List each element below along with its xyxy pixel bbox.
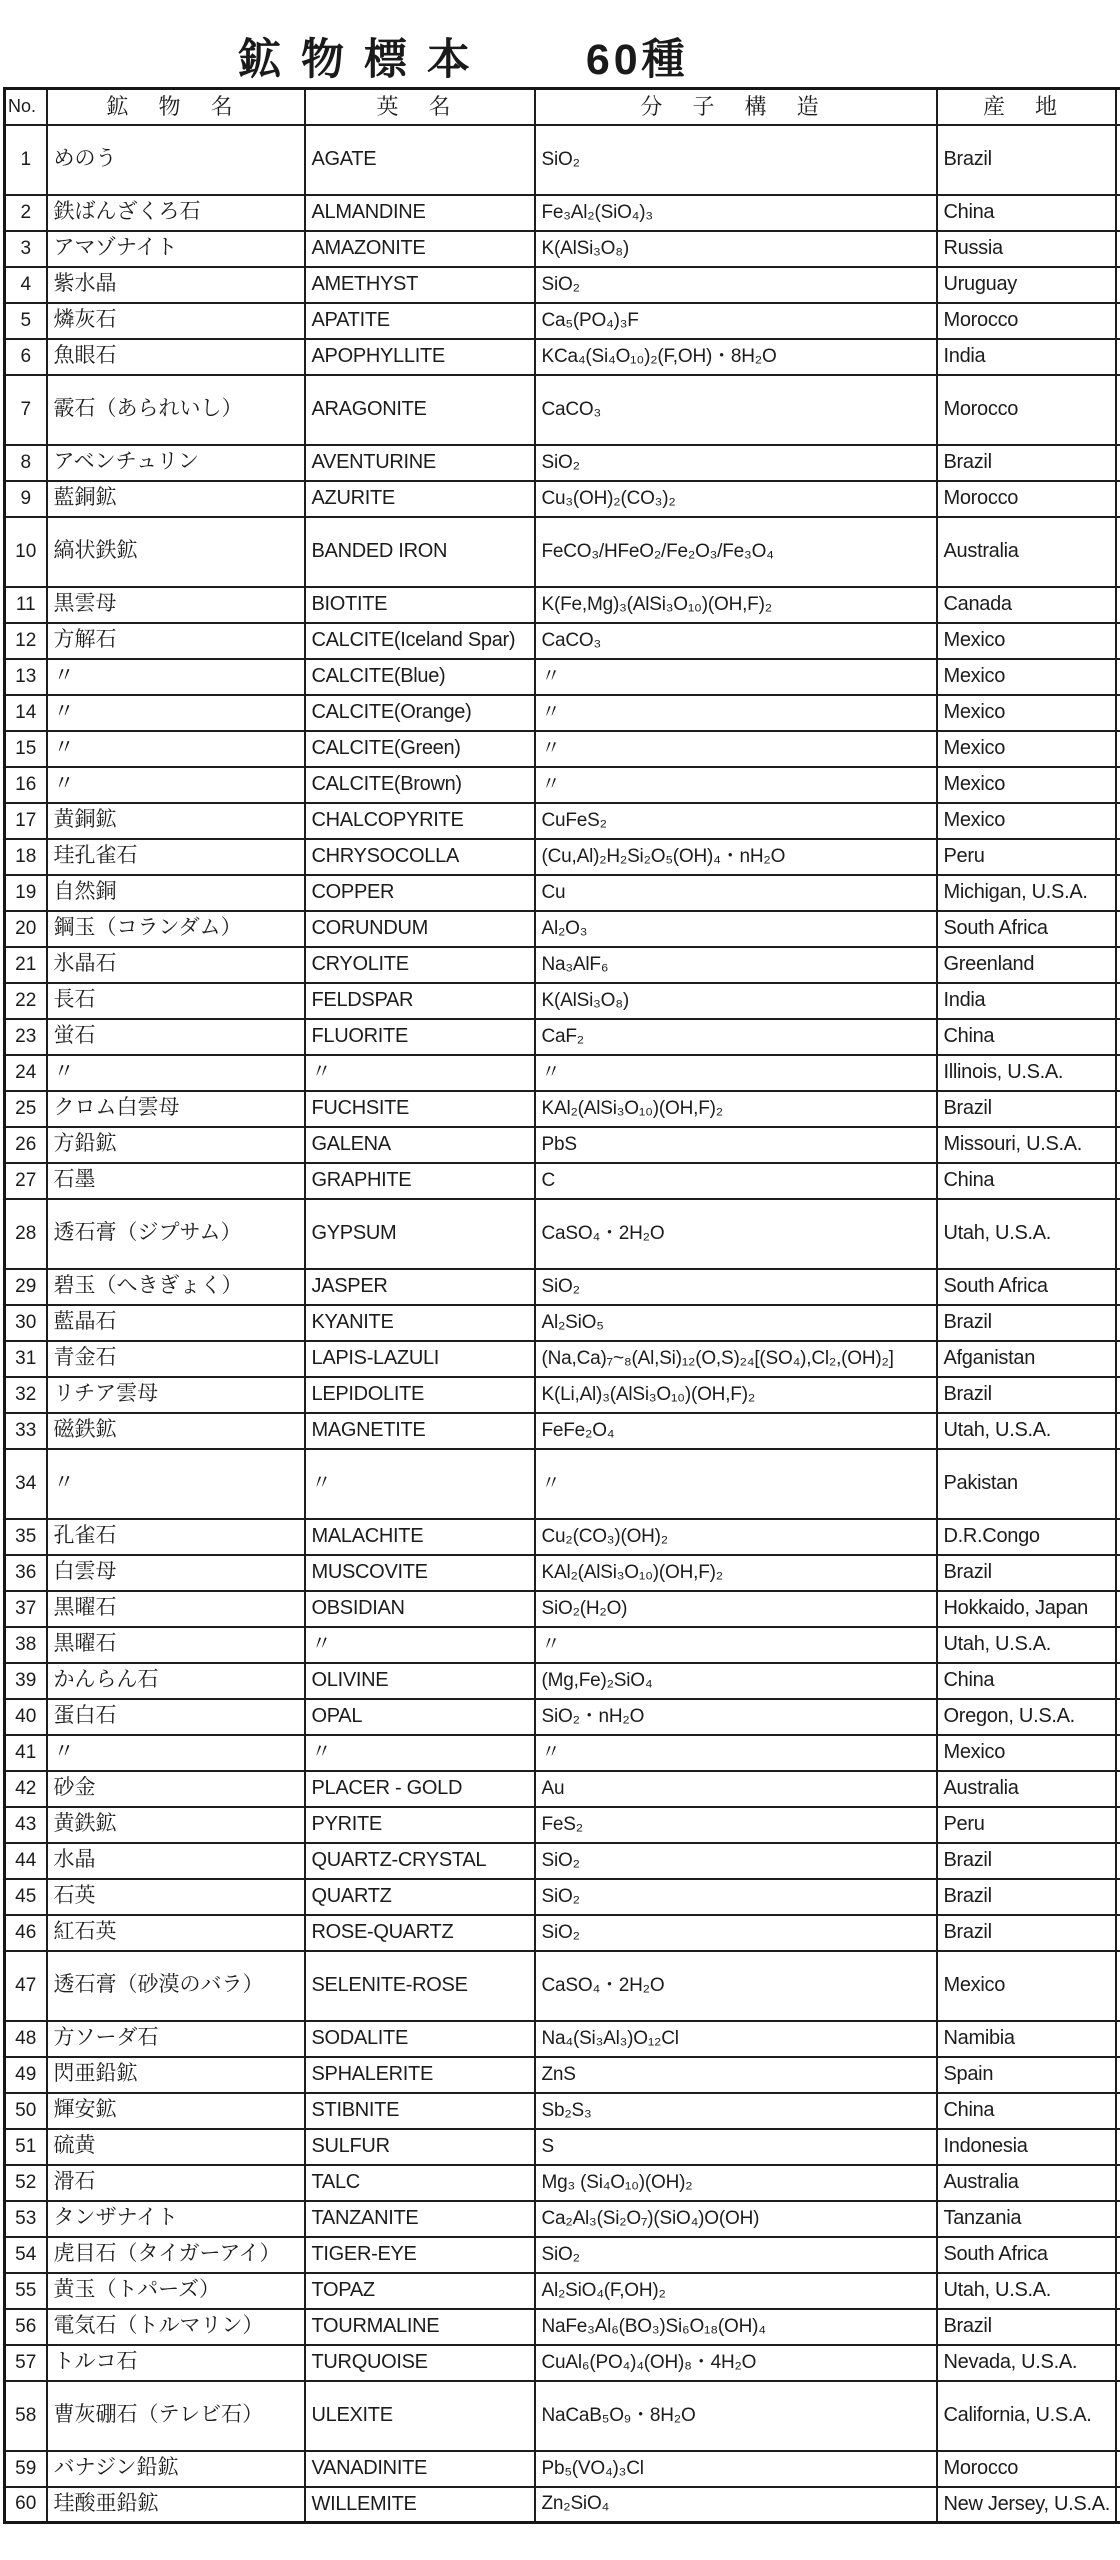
row-number: 35	[5, 1519, 47, 1555]
row-number: 2	[5, 195, 47, 231]
row-number: 33	[5, 1413, 47, 1449]
mineral-name-en: AMAZONITE	[305, 231, 535, 267]
mineral-locality: Brazil	[937, 1555, 1116, 1591]
mineral-name-en: QUARTZ	[305, 1879, 535, 1915]
clipped-column-cell	[1116, 1843, 1120, 1879]
mineral-name-jp: 水晶	[47, 1843, 305, 1879]
row-number: 13	[5, 659, 47, 695]
mineral-name-en: ROSE-QUARTZ	[305, 1915, 535, 1951]
mineral-formula: Na₃AlF₆	[535, 947, 937, 983]
row-number: 23	[5, 1019, 47, 1055]
table-row: 27 石墨 GRAPHITE C China	[5, 1163, 1120, 1199]
table-row: 60 珪酸亜鉛鉱 WILLEMITE Zn₂SiO₄ New Jersey, U…	[5, 2487, 1120, 2523]
mineral-formula: KAl₂(AlSi₃O₁₀)(OH,F)₂	[535, 1091, 937, 1127]
row-number: 21	[5, 947, 47, 983]
mineral-formula: CuFeS₂	[535, 803, 937, 839]
mineral-locality: South Africa	[937, 2237, 1116, 2273]
mineral-locality: South Africa	[937, 911, 1116, 947]
mineral-locality: China	[937, 1663, 1116, 1699]
mineral-formula: Pb₅(VO₄)₃Cl	[535, 2451, 937, 2487]
mineral-name-en: STIBNITE	[305, 2093, 535, 2129]
mineral-name-en: 〃	[305, 1449, 535, 1519]
clipped-column-cell	[1116, 2201, 1120, 2237]
mineral-name-en: PLACER - GOLD	[305, 1771, 535, 1807]
table-row: 42 砂金 PLACER - GOLD Au Australia	[5, 1771, 1120, 1807]
mineral-name-en: COPPER	[305, 875, 535, 911]
row-number: 36	[5, 1555, 47, 1591]
mineral-name-jp: 青金石	[47, 1341, 305, 1377]
mineral-formula: CaCO₃	[535, 375, 937, 445]
table-row: 35 孔雀石 MALACHITE Cu₂(CO₃)(OH)₂ D.R.Congo	[5, 1519, 1120, 1555]
mineral-name-en: MALACHITE	[305, 1519, 535, 1555]
mineral-name-jp: 閃亜鉛鉱	[47, 2057, 305, 2093]
clipped-column-cell	[1116, 2165, 1120, 2201]
mineral-name-jp: アマゾナイト	[47, 231, 305, 267]
mineral-name-en: TALC	[305, 2165, 535, 2201]
clipped-column-cell	[1116, 2237, 1120, 2273]
mineral-name-jp: 黄玉（トパーズ）	[47, 2273, 305, 2309]
row-number: 31	[5, 1341, 47, 1377]
mineral-formula: SiO₂	[535, 445, 937, 481]
mineral-name-jp: 鋼玉（コランダム）	[47, 911, 305, 947]
table-row: 26 方鉛鉱 GALENA PbS Missouri, U.S.A.	[5, 1127, 1120, 1163]
mineral-locality: Brazil	[937, 2309, 1116, 2345]
mineral-locality: Peru	[937, 839, 1116, 875]
row-number: 51	[5, 2129, 47, 2165]
header-locality: 産 地	[937, 89, 1116, 125]
mineral-name-en: JASPER	[305, 1269, 535, 1305]
mineral-name-jp: 鉄ばんざくろ石	[47, 195, 305, 231]
mineral-name-jp: 蛋白石	[47, 1699, 305, 1735]
table-row: 22 長石 FELDSPAR K(AlSi₃O₈) India	[5, 983, 1120, 1019]
mineral-name-jp: かんらん石	[47, 1663, 305, 1699]
mineral-formula: CaF₂	[535, 1019, 937, 1055]
mineral-name-en: APATITE	[305, 303, 535, 339]
row-number: 12	[5, 623, 47, 659]
mineral-name-jp: 輝安鉱	[47, 2093, 305, 2129]
clipped-column-cell	[1116, 231, 1120, 267]
mineral-name-jp: 方解石	[47, 623, 305, 659]
mineral-formula: KAl₂(AlSi₃O₁₀)(OH,F)₂	[535, 1555, 937, 1591]
mineral-locality: China	[937, 2093, 1116, 2129]
mineral-name-en: TURQUOISE	[305, 2345, 535, 2381]
row-number: 6	[5, 339, 47, 375]
table-row: 48 方ソーダ石 SODALITE Na₄(Si₃Al₃)O₁₂Cl Namib…	[5, 2021, 1120, 2057]
mineral-name-en: FUCHSITE	[305, 1091, 535, 1127]
mineral-specimen-sheet: 鉱 物 標 本 60種 No. 鉱 物 名 英 名 分 子 構 造 産 地 1 …	[0, 0, 1120, 2560]
mineral-locality: Mexico	[937, 623, 1116, 659]
clipped-column-cell	[1116, 2381, 1120, 2451]
mineral-locality: India	[937, 339, 1116, 375]
mineral-name-jp: 〃	[47, 1449, 305, 1519]
table-row: 17 黄銅鉱 CHALCOPYRITE CuFeS₂ Mexico	[5, 803, 1120, 839]
clipped-column-cell	[1116, 1341, 1120, 1377]
mineral-locality: D.R.Congo	[937, 1519, 1116, 1555]
mineral-formula: (Cu,Al)₂H₂Si₂O₅(OH)₄・nH₂O	[535, 839, 937, 875]
mineral-locality: Brazil	[937, 445, 1116, 481]
mineral-locality: Mexico	[937, 659, 1116, 695]
mineral-formula: SiO₂	[535, 1915, 937, 1951]
mineral-name-en: AVENTURINE	[305, 445, 535, 481]
row-number: 37	[5, 1591, 47, 1627]
mineral-locality: Utah, U.S.A.	[937, 1413, 1116, 1449]
clipped-column-cell	[1116, 1199, 1120, 1269]
mineral-locality: China	[937, 1163, 1116, 1199]
mineral-locality: Morocco	[937, 2451, 1116, 2487]
mineral-formula: K(AlSi₃O₈)	[535, 231, 937, 267]
mineral-name-en: MAGNETITE	[305, 1413, 535, 1449]
clipped-column-cell	[1116, 2451, 1120, 2487]
mineral-name-jp: 燐灰石	[47, 303, 305, 339]
mineral-name-jp: 透石膏（砂漠のバラ）	[47, 1951, 305, 2021]
mineral-name-jp: 〃	[47, 1735, 305, 1771]
header-row: No. 鉱 物 名 英 名 分 子 構 造 産 地	[5, 89, 1120, 125]
mineral-name-en: CALCITE(Orange)	[305, 695, 535, 731]
mineral-name-en: FELDSPAR	[305, 983, 535, 1019]
mineral-name-jp: 蛍石	[47, 1019, 305, 1055]
clipped-column-cell	[1116, 1091, 1120, 1127]
clipped-column-cell	[1116, 1735, 1120, 1771]
row-number: 46	[5, 1915, 47, 1951]
mineral-name-en: WILLEMITE	[305, 2487, 535, 2523]
mineral-name-en: GRAPHITE	[305, 1163, 535, 1199]
mineral-locality: Mexico	[937, 1735, 1116, 1771]
mineral-name-jp: 〃	[47, 1055, 305, 1091]
mineral-name-jp: タンザナイト	[47, 2201, 305, 2237]
mineral-formula: FeCO₃/HFeO₂/Fe₂O₃/Fe₃O₄	[535, 517, 937, 587]
mineral-name-jp: 硫黄	[47, 2129, 305, 2165]
mineral-name-jp: アベンチュリン	[47, 445, 305, 481]
mineral-name-en: BIOTITE	[305, 587, 535, 623]
row-number: 57	[5, 2345, 47, 2381]
mineral-name-en: CALCITE(Iceland Spar)	[305, 623, 535, 659]
row-number: 28	[5, 1199, 47, 1269]
table-row: 3 アマゾナイト AMAZONITE K(AlSi₃O₈) Russia	[5, 231, 1120, 267]
mineral-formula: Cu₂(CO₃)(OH)₂	[535, 1519, 937, 1555]
mineral-formula: KCa₄(Si₄O₁₀)₂(F,OH)・8H₂O	[535, 339, 937, 375]
row-number: 59	[5, 2451, 47, 2487]
mineral-formula: NaFe₃Al₆(BO₃)Si₆O₁₈(OH)₄	[535, 2309, 937, 2345]
clipped-column-cell	[1116, 1627, 1120, 1663]
mineral-locality: Utah, U.S.A.	[937, 1627, 1116, 1663]
mineral-formula: ZnS	[535, 2057, 937, 2093]
mineral-locality: Illinois, U.S.A.	[937, 1055, 1116, 1091]
table-row: 18 珪孔雀石 CHRYSOCOLLA (Cu,Al)₂H₂Si₂O₅(OH)₄…	[5, 839, 1120, 875]
mineral-name-en: CRYOLITE	[305, 947, 535, 983]
mineral-formula: 〃	[535, 767, 937, 803]
table-row: 39 かんらん石 OLIVINE (Mg,Fe)₂SiO₄ China	[5, 1663, 1120, 1699]
mineral-formula: Fe₃Al₂(SiO₄)₃	[535, 195, 937, 231]
mineral-table: No. 鉱 物 名 英 名 分 子 構 造 産 地 1 めのう AGATE Si…	[3, 87, 1120, 2524]
mineral-formula: 〃	[535, 731, 937, 767]
mineral-formula: K(Fe,Mg)₃(AlSi₃O₁₀)(OH,F)₂	[535, 587, 937, 623]
mineral-locality: Mexico	[937, 731, 1116, 767]
row-number: 49	[5, 2057, 47, 2093]
table-row: 24 〃 〃 〃 Illinois, U.S.A.	[5, 1055, 1120, 1091]
clipped-column-cell	[1116, 1879, 1120, 1915]
mineral-locality: Brazil	[937, 1843, 1116, 1879]
mineral-name-en: TANZANITE	[305, 2201, 535, 2237]
header-name-en: 英 名	[305, 89, 535, 125]
mineral-name-en: MUSCOVITE	[305, 1555, 535, 1591]
mineral-locality: Australia	[937, 2165, 1116, 2201]
clipped-column-cell	[1116, 731, 1120, 767]
mineral-formula: Al₂O₃	[535, 911, 937, 947]
mineral-formula: NaCaB₅O₉・8H₂O	[535, 2381, 937, 2451]
mineral-locality: China	[937, 195, 1116, 231]
mineral-locality: Spain	[937, 2057, 1116, 2093]
clipped-column-cell	[1116, 2057, 1120, 2093]
clipped-column-cell	[1116, 875, 1120, 911]
row-number: 38	[5, 1627, 47, 1663]
mineral-locality: Mexico	[937, 767, 1116, 803]
mineral-formula: FeS₂	[535, 1807, 937, 1843]
mineral-formula: SiO₂	[535, 1843, 937, 1879]
mineral-locality: Uruguay	[937, 267, 1116, 303]
row-number: 4	[5, 267, 47, 303]
clipped-column-cell	[1116, 767, 1120, 803]
mineral-name-en: CORUNDUM	[305, 911, 535, 947]
mineral-name-en: 〃	[305, 1627, 535, 1663]
mineral-formula: Au	[535, 1771, 937, 1807]
table-row: 31 青金石 LAPIS-LAZULI (Na,Ca)₇~₈(Al,Si)₁₂(…	[5, 1341, 1120, 1377]
clipped-column-cell	[1116, 2093, 1120, 2129]
mineral-name-en: AMETHYST	[305, 267, 535, 303]
table-row: 28 透石膏（ジプサム） GYPSUM CaSO₄・2H₂O Utah, U.S…	[5, 1199, 1120, 1269]
clipped-column-cell	[1116, 911, 1120, 947]
row-number: 3	[5, 231, 47, 267]
mineral-formula: PbS	[535, 1127, 937, 1163]
row-number: 18	[5, 839, 47, 875]
mineral-formula: Zn₂SiO₄	[535, 2487, 937, 2523]
mineral-formula: Cu	[535, 875, 937, 911]
clipped-column-cell	[1116, 1519, 1120, 1555]
mineral-name-jp: 方ソーダ石	[47, 2021, 305, 2057]
mineral-name-jp: 虎目石（タイガーアイ）	[47, 2237, 305, 2273]
table-row: 29 碧玉（へきぎょく） JASPER SiO₂ South Africa	[5, 1269, 1120, 1305]
clipped-column-cell	[1116, 2487, 1120, 2523]
mineral-name-en: ULEXITE	[305, 2381, 535, 2451]
table-row: 43 黄鉄鉱 PYRITE FeS₂ Peru	[5, 1807, 1120, 1843]
mineral-locality: Pakistan	[937, 1449, 1116, 1519]
mineral-name-jp: リチア雲母	[47, 1377, 305, 1413]
mineral-name-jp: 〃	[47, 767, 305, 803]
table-row: 19 自然銅 COPPER Cu Michigan, U.S.A.	[5, 875, 1120, 911]
row-number: 54	[5, 2237, 47, 2273]
mineral-name-en: 〃	[305, 1055, 535, 1091]
table-row: 12 方解石 CALCITE(Iceland Spar) CaCO₃ Mexic…	[5, 623, 1120, 659]
mineral-name-jp: 〃	[47, 695, 305, 731]
table-row: 14 〃 CALCITE(Orange) 〃 Mexico	[5, 695, 1120, 731]
mineral-formula: K(AlSi₃O₈)	[535, 983, 937, 1019]
mineral-name-jp: 霰石（あられいし）	[47, 375, 305, 445]
mineral-name-jp: 滑石	[47, 2165, 305, 2201]
table-row: 16 〃 CALCITE(Brown) 〃 Mexico	[5, 767, 1120, 803]
mineral-formula: Mg₃ (Si₄O₁₀)(OH)₂	[535, 2165, 937, 2201]
clipped-column-cell	[1116, 1915, 1120, 1951]
mineral-name-jp: 方鉛鉱	[47, 1127, 305, 1163]
row-number: 17	[5, 803, 47, 839]
mineral-name-jp: 碧玉（へきぎょく）	[47, 1269, 305, 1305]
row-number: 40	[5, 1699, 47, 1735]
row-number: 50	[5, 2093, 47, 2129]
table-row: 5 燐灰石 APATITE Ca₅(PO₄)₃F Morocco	[5, 303, 1120, 339]
mineral-name-en: AGATE	[305, 125, 535, 195]
mineral-locality: Mexico	[937, 1951, 1116, 2021]
mineral-locality: Canada	[937, 587, 1116, 623]
clipped-column-cell	[1116, 1591, 1120, 1627]
header-no: No.	[5, 89, 47, 125]
row-number: 15	[5, 731, 47, 767]
mineral-name-en: 〃	[305, 1735, 535, 1771]
title-main: 鉱 物 標 本	[238, 26, 474, 87]
row-number: 30	[5, 1305, 47, 1341]
clipped-column-cell	[1116, 1305, 1120, 1341]
mineral-name-en: CHRYSOCOLLA	[305, 839, 535, 875]
mineral-formula: SiO₂	[535, 1269, 937, 1305]
table-row: 57 トルコ石 TURQUOISE CuAl₆(PO₄)₄(OH)₈・4H₂O …	[5, 2345, 1120, 2381]
table-row: 37 黒曜石 OBSIDIAN SiO₂(H₂O) Hokkaido, Japa…	[5, 1591, 1120, 1627]
clipped-column-cell	[1116, 1413, 1120, 1449]
table-row: 45 石英 QUARTZ SiO₂ Brazil	[5, 1879, 1120, 1915]
row-number: 7	[5, 375, 47, 445]
table-row: 33 磁鉄鉱 MAGNETITE FeFe₂O₄ Utah, U.S.A.	[5, 1413, 1120, 1449]
row-number: 42	[5, 1771, 47, 1807]
clipped-column-cell	[1116, 659, 1120, 695]
mineral-locality: South Africa	[937, 1269, 1116, 1305]
table-row: 8 アベンチュリン AVENTURINE SiO₂ Brazil	[5, 445, 1120, 481]
row-number: 52	[5, 2165, 47, 2201]
mineral-locality: Indonesia	[937, 2129, 1116, 2165]
clipped-column-cell	[1116, 803, 1120, 839]
mineral-name-en: APOPHYLLITE	[305, 339, 535, 375]
table-row: 36 白雲母 MUSCOVITE KAl₂(AlSi₃O₁₀)(OH,F)₂ B…	[5, 1555, 1120, 1591]
row-number: 10	[5, 517, 47, 587]
mineral-name-jp: 曹灰硼石（テレビ石）	[47, 2381, 305, 2451]
clipped-column-cell	[1116, 195, 1120, 231]
mineral-name-en: SODALITE	[305, 2021, 535, 2057]
mineral-name-jp: 珪酸亜鉛鉱	[47, 2487, 305, 2523]
row-number: 34	[5, 1449, 47, 1519]
mineral-name-en: CHALCOPYRITE	[305, 803, 535, 839]
mineral-formula: Cu₃(OH)₂(CO₃)₂	[535, 481, 937, 517]
row-number: 1	[5, 125, 47, 195]
mineral-name-en: OLIVINE	[305, 1663, 535, 1699]
title-count: 60種	[586, 26, 689, 87]
mineral-formula: C	[535, 1163, 937, 1199]
mineral-formula: Na₄(Si₃Al₃)O₁₂Cl	[535, 2021, 937, 2057]
header-formula: 分 子 構 造	[535, 89, 937, 125]
mineral-name-en: KYANITE	[305, 1305, 535, 1341]
mineral-locality: Russia	[937, 231, 1116, 267]
mineral-name-en: PYRITE	[305, 1807, 535, 1843]
page-title: 鉱 物 標 本 60種	[238, 26, 689, 87]
mineral-name-en: GYPSUM	[305, 1199, 535, 1269]
mineral-locality: Mexico	[937, 803, 1116, 839]
clipped-column-cell	[1116, 983, 1120, 1019]
mineral-locality: Brazil	[937, 1377, 1116, 1413]
mineral-formula: SiO₂・nH₂O	[535, 1699, 937, 1735]
table-row: 11 黒雲母 BIOTITE K(Fe,Mg)₃(AlSi₃O₁₀)(OH,F)…	[5, 587, 1120, 623]
mineral-name-en: OBSIDIAN	[305, 1591, 535, 1627]
clipped-column-cell	[1116, 1951, 1120, 2021]
clipped-column-cell	[1116, 1127, 1120, 1163]
row-number: 8	[5, 445, 47, 481]
row-number: 48	[5, 2021, 47, 2057]
clipped-column-cell	[1116, 695, 1120, 731]
mineral-name-jp: 透石膏（ジプサム）	[47, 1199, 305, 1269]
row-number: 39	[5, 1663, 47, 1699]
row-number: 41	[5, 1735, 47, 1771]
mineral-locality: Utah, U.S.A.	[937, 1199, 1116, 1269]
clipped-column-cell	[1116, 517, 1120, 587]
mineral-name-jp: 黒曜石	[47, 1627, 305, 1663]
mineral-locality: Missouri, U.S.A.	[937, 1127, 1116, 1163]
mineral-name-en: TOURMALINE	[305, 2309, 535, 2345]
table-row: 7 霰石（あられいし） ARAGONITE CaCO₃ Morocco	[5, 375, 1120, 445]
table-row: 34 〃 〃 〃 Pakistan	[5, 1449, 1120, 1519]
mineral-name-en: CALCITE(Blue)	[305, 659, 535, 695]
mineral-name-en: SELENITE-ROSE	[305, 1951, 535, 2021]
mineral-name-en: FLUORITE	[305, 1019, 535, 1055]
mineral-name-en: BANDED IRON	[305, 517, 535, 587]
mineral-name-jp: 石墨	[47, 1163, 305, 1199]
mineral-name-jp: 黒曜石	[47, 1591, 305, 1627]
mineral-name-en: SPHALERITE	[305, 2057, 535, 2093]
mineral-name-jp: 自然銅	[47, 875, 305, 911]
clipped-column-cell	[1116, 445, 1120, 481]
mineral-locality: China	[937, 1019, 1116, 1055]
clipped-column-cell	[1116, 1555, 1120, 1591]
mineral-name-jp: 黄鉄鉱	[47, 1807, 305, 1843]
mineral-formula: 〃	[535, 1735, 937, 1771]
clipped-column-cell	[1116, 1449, 1120, 1519]
mineral-locality: California, U.S.A.	[937, 2381, 1116, 2451]
mineral-name-en: VANADINITE	[305, 2451, 535, 2487]
mineral-locality: Brazil	[937, 1091, 1116, 1127]
clipped-column-cell	[1116, 1807, 1120, 1843]
table-row: 54 虎目石（タイガーアイ） TIGER-EYE SiO₂ South Afri…	[5, 2237, 1120, 2273]
header-clipped-column	[1116, 89, 1120, 125]
mineral-name-jp: 黄銅鉱	[47, 803, 305, 839]
clipped-column-cell	[1116, 1663, 1120, 1699]
mineral-name-en: LEPIDOLITE	[305, 1377, 535, 1413]
clipped-column-cell	[1116, 2273, 1120, 2309]
mineral-locality: Mexico	[937, 695, 1116, 731]
row-number: 19	[5, 875, 47, 911]
clipped-column-cell	[1116, 1055, 1120, 1091]
clipped-column-cell	[1116, 339, 1120, 375]
row-number: 22	[5, 983, 47, 1019]
mineral-locality: Morocco	[937, 375, 1116, 445]
table-row: 21 氷晶石 CRYOLITE Na₃AlF₆ Greenland	[5, 947, 1120, 983]
mineral-formula: K(Li,Al)₃(AlSi₃O₁₀)(OH,F)₂	[535, 1377, 937, 1413]
table-row: 44 水晶 QUARTZ-CRYSTAL SiO₂ Brazil	[5, 1843, 1120, 1879]
mineral-formula: CaCO₃	[535, 623, 937, 659]
mineral-formula: (Na,Ca)₇~₈(Al,Si)₁₂(O,S)₂₄[(SO₄),Cl₂,(OH…	[535, 1341, 937, 1377]
mineral-formula: 〃	[535, 1627, 937, 1663]
mineral-name-en: CALCITE(Brown)	[305, 767, 535, 803]
row-number: 9	[5, 481, 47, 517]
table-row: 47 透石膏（砂漠のバラ） SELENITE-ROSE CaSO₄・2H₂O M…	[5, 1951, 1120, 2021]
mineral-locality: Oregon, U.S.A.	[937, 1699, 1116, 1735]
row-number: 32	[5, 1377, 47, 1413]
row-number: 58	[5, 2381, 47, 2451]
mineral-name-jp: 紅石英	[47, 1915, 305, 1951]
row-number: 60	[5, 2487, 47, 2523]
header-name-jp: 鉱 物 名	[47, 89, 305, 125]
mineral-formula: CaSO₄・2H₂O	[535, 1199, 937, 1269]
